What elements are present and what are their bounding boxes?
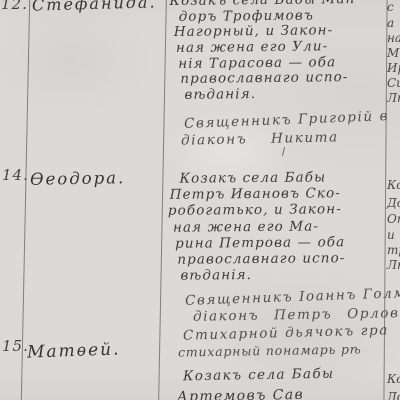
record-name: Стефанида. (32, 0, 157, 15)
record-number: 14. (2, 166, 29, 184)
record-number: 12. (1, 0, 28, 13)
margin-fragment: Лѣ (387, 258, 400, 272)
handwritten-line: вѣданія. (180, 266, 345, 284)
clergy-signature-line: стихарный понамарь рѣ (178, 341, 362, 359)
margin-fragment: а (387, 16, 394, 30)
margin-fragment: От (387, 212, 400, 226)
margin-fragment: Лѣ (387, 91, 400, 105)
handwritten-line: ная жена его Ма- (173, 218, 345, 236)
column-rule-middle (158, 0, 167, 400)
margin-fragment: М (387, 46, 399, 60)
record-name: Ѳеодора. (30, 168, 126, 189)
margin-fragment: Си (387, 76, 400, 90)
handwritten-line: рина Петрова — оба (175, 234, 345, 252)
handwritten-line: православнаго испо- (180, 70, 362, 88)
handwritten-line: Артемовъ Сав (177, 387, 304, 400)
margin-fragment: До (387, 196, 400, 210)
clergy-signature-line: Священникъ Григорій в (184, 108, 390, 132)
margin-fragment: на (387, 31, 400, 45)
margin-fragment: До (387, 390, 400, 400)
margin-fragment: и (387, 228, 395, 242)
handwritten-line: Козакъ села Бабы (180, 169, 345, 187)
handwritten-line: православнаго испо- (177, 250, 345, 268)
record-parents-text: Козакъ села Бабы Петръ Ивановъ Ско- робо… (168, 169, 346, 284)
handwritten-line: Козакъ села Бабы (183, 366, 335, 385)
handwritten-line: робогатько, и Закон- (168, 202, 345, 220)
margin-fragment: Ир (387, 61, 400, 75)
record-number: 15. (2, 337, 29, 355)
margin-fragment: с (387, 0, 394, 14)
ink-mark (282, 147, 285, 156)
margin-fragment: Ко (387, 178, 400, 192)
record-parents-text: Козакъ села Бабы Ман- доръ Трофимовъ Наг… (169, 0, 362, 104)
handwritten-line: вѣданія. (184, 86, 362, 104)
clergy-signature-line: діаконъ Никита (181, 129, 339, 148)
margin-fragment: тр (387, 243, 400, 257)
record-name: Матѳей. (27, 339, 121, 362)
register-page-scan: 12. Стефанида. Козакъ села Бабы Ман- дор… (0, 0, 400, 400)
margin-fragment: Ко (387, 372, 400, 386)
handwritten-line: Петръ Ивановъ Ско- (170, 185, 345, 203)
